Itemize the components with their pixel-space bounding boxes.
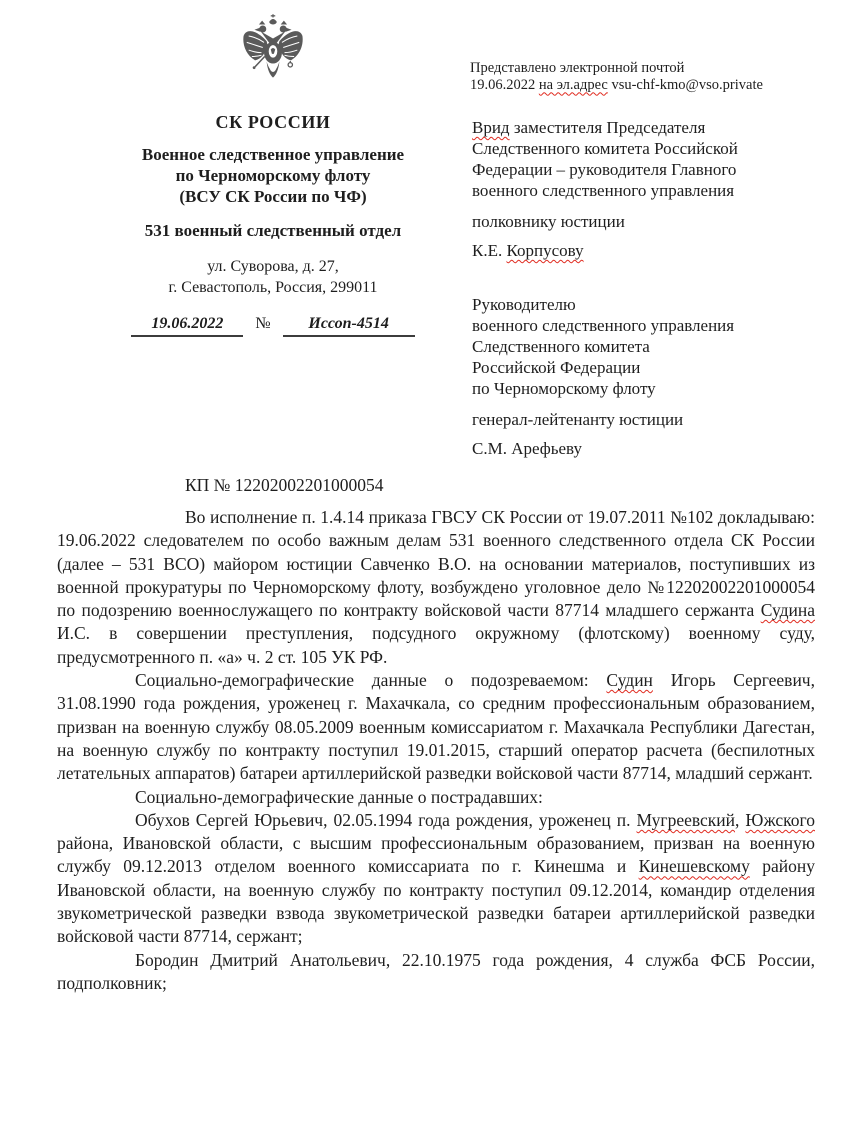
text-run: Социально-демографические данные о подоз…	[135, 670, 606, 690]
addressee-line: военного следственного управления	[472, 180, 822, 201]
addressee-line: Руководителю	[472, 294, 822, 315]
addressee-line: Врид заместителя Председателя	[472, 117, 822, 138]
text-run: военного следственного управления	[472, 181, 734, 200]
addressee-line: Российской Федерации	[472, 357, 822, 378]
addressee-rank: генерал-лейтенанту юстиции	[472, 409, 822, 430]
letterhead: СК РОССИИ Военное следственное управлени…	[117, 14, 429, 337]
addressee-line: военного следственного управления	[472, 315, 822, 336]
text-run: Обухов Сергей Юрьевич, 02.05.1994 года р…	[135, 810, 637, 830]
org-name: Военное следственное управление по Черно…	[117, 144, 429, 207]
text-run: Во исполнение п. 1.4.14 приказа ГВСУ СК …	[57, 507, 815, 620]
text-run: Федерации – руководителя Главного	[472, 160, 736, 179]
misspelled-word: Судин	[606, 670, 653, 690]
body-paragraph: Во исполнение п. 1.4.14 приказа ГВСУ СК …	[57, 506, 815, 669]
addressee-rank: полковнику юстиции	[472, 211, 822, 232]
addressee-primary: Врид заместителя Председателя Следственн…	[472, 117, 822, 261]
addressee-line: Федерации – руководителя Главного	[472, 159, 822, 180]
text-run: Следственного комитета Российской	[472, 139, 738, 158]
text-run: vsu-chf-kmo@vso.private	[608, 77, 763, 93]
org-name-line: Военное следственное управление	[117, 144, 429, 165]
body-paragraph: Социально-демографические данные о постр…	[57, 786, 815, 809]
misspelled-word: Мугреевский	[637, 810, 736, 830]
text-run: И.С. в совершении преступления, подсудно…	[57, 623, 815, 666]
delivery-note-line1: Представлено электронной почтой	[470, 60, 840, 77]
text-run: Социально-демографические данные о постр…	[135, 787, 543, 807]
misspelled-word: на эл.адрес	[539, 77, 608, 93]
text-run: Бородин Дмитрий Анатольевич, 22.10.1975 …	[57, 950, 815, 993]
body-paragraph: Обухов Сергей Юрьевич, 02.05.1994 года р…	[57, 809, 815, 949]
misspelled-word: Кинешевскому	[639, 856, 750, 876]
org-name-line: по Черноморскому флоту	[117, 165, 429, 186]
org-address: ул. Суворова, д. 27, г. Севастополь, Рос…	[117, 256, 429, 298]
org-short-title: СК РОССИИ	[117, 112, 429, 133]
coat-of-arms-double-headed-eagle-icon	[117, 14, 429, 104]
address-line: г. Севастополь, Россия, 299011	[117, 277, 429, 298]
case-reference-number: КП № 12202002201000054	[185, 475, 384, 496]
misspelled-word: Судина	[761, 600, 815, 620]
org-name-line: (ВСУ СК России по ЧФ)	[117, 186, 429, 207]
number-sign: №	[255, 315, 270, 337]
date-number-line: 19.06.2022 № Иссоп-4514	[117, 315, 429, 337]
delivery-note-line2: 19.06.2022 на эл.адрес vsu-chf-kmo@vso.p…	[470, 77, 840, 94]
addressee-line: по Черноморскому флоту	[472, 378, 822, 399]
document-number-field: Иссоп-4514	[283, 315, 415, 337]
misspelled-word: Корпусову	[506, 241, 583, 260]
department-name: 531 военный следственный отдел	[117, 221, 429, 241]
body-paragraph: Социально-демографические данные о подоз…	[57, 669, 815, 785]
document-date-field: 19.06.2022	[131, 315, 243, 337]
text-run: К.Е.	[472, 241, 506, 260]
addressee-line: Следственного комитета	[472, 336, 822, 357]
text-run: 19.06.2022	[470, 77, 539, 93]
addressee-name: С.М. Арефьеву	[472, 438, 822, 459]
addressee-name: К.Е. Корпусову	[472, 240, 822, 261]
document-page: СК РОССИИ Военное следственное управлени…	[0, 0, 866, 1124]
addressee-secondary: Руководителю военного следственного упра…	[472, 294, 822, 459]
text-run: ,	[735, 810, 745, 830]
addressee-line: Следственного комитета Российской	[472, 138, 822, 159]
delivery-note: Представлено электронной почтой 19.06.20…	[470, 60, 840, 93]
document-body: Во исполнение п. 1.4.14 приказа ГВСУ СК …	[57, 506, 815, 995]
address-line: ул. Суворова, д. 27,	[117, 256, 429, 277]
body-paragraph: Бородин Дмитрий Анатольевич, 22.10.1975 …	[57, 949, 815, 996]
misspelled-word: Врид	[472, 118, 510, 137]
text-run: заместителя Председателя	[510, 118, 706, 137]
misspelled-word: Южского	[745, 810, 815, 830]
